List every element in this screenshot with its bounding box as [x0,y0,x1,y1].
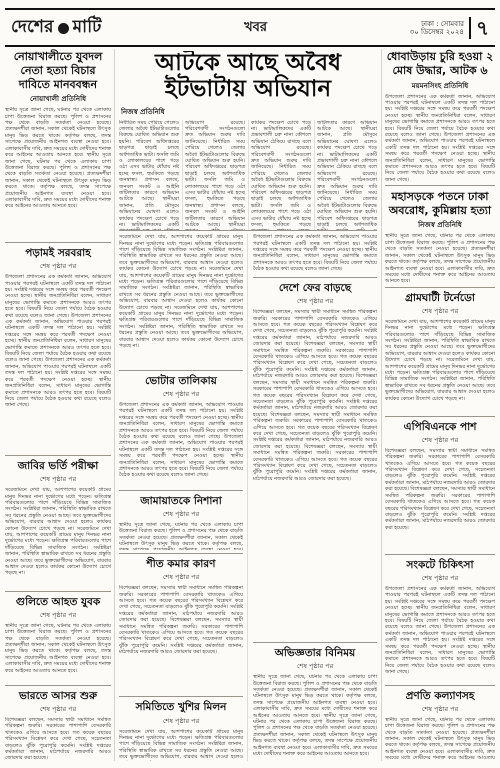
right-column: ধোবাউড়ায় চুরি হওয়া ২ মোষ উদ্ধার, আটক … [381,49,495,761]
continued-label: শেষ পৃষ্ঠার পর [385,704,495,715]
headline: জামায়াতকে নিশানা [119,495,243,508]
continued-label: শেষ পৃষ্ঠার পর [5,474,111,485]
headline: শীত কমার কারণ [119,558,243,571]
headline: জাবির ভর্তি পরীক্ষা [5,460,111,473]
article-injured-youth: গুলিতে আহত যুবক শেষ পৃষ্ঠার পর স্থানীয় … [5,591,111,682]
page-number-divider [469,17,471,39]
body-text: স্থানীয় সূত্রে জানা গেছে, ঘটনার পর থেকে… [385,717,495,761]
article-experience-exchange-continued: অভিজ্ঞতার বিনিময় শেষ পৃষ্ঠার পর স্থানীয… [253,642,377,761]
continued-label: শেষ পৃষ্ঠার পর [385,306,495,317]
headline: ধোবাউড়ায় চুরি হওয়া ২ মোষ উদ্ধার, আটক … [385,50,495,78]
headline: গ্রামঘাটী টর্নেডো [385,292,495,305]
lead-headline: আটকে আছে অবৈধ ইটভাটায় অভিযান [119,51,377,103]
article-dhobaura-buffalo: ধোবাউড়ায় চুরি হওয়া ২ মোষ উদ্ধার, আটক … [385,49,495,182]
continued-label: শেষ পৃষ্ঠার পর [119,716,243,727]
dateline-date: ৩০ ডিসেম্বর ২০২৪ [410,28,464,36]
body-text: উপজেলা প্রশাসনের এক কর্মকর্তা জানান, অভি… [5,274,111,409]
body-text: উপজেলা প্রশাসনের এক কর্মকর্তা জানান, অভি… [119,402,243,479]
left-column: নোয়াখালীতে যুবদল নেতা হত্যা বিচার দাবিত… [5,49,115,761]
article-jamaat-target-continued: জামায়াতকে নিশানা শেষ পৃষ্ঠার পর স্থানীয… [119,490,243,550]
article-voter-list-continued: ভোটার তালিকায় শেষ পৃষ্ঠার পর উপজেলা প্র… [119,370,243,487]
article-noakhali-human-chain: নোয়াখালীতে যুবদল নেতা হত্যা বিচার দাবিত… [5,49,111,239]
article-india-event: ভারতে আসর শুরু শেষ পৃষ্ঠার পর বিশেষজ্ঞরা… [5,685,111,761]
body-text: উপজেলা প্রশাসনের এক কর্মকর্তা জানান, অভি… [385,94,495,182]
article-continuation-body: উপজেলা প্রশাসনের এক কর্মকর্তা জানান, অভি… [253,234,377,274]
headline: সংকটে চিকিৎসা [385,559,495,572]
continued-label: শেষ পৃষ্ঠার পর [385,435,495,446]
body-text: উপজেলা প্রশাসনের এক কর্মকর্তা জানান, অভি… [253,234,377,272]
dateline: ঢাকা : সোমবার ৩০ ডিসেম্বর ২০২৪ [410,20,464,36]
continued-label: শেষ পৃষ্ঠার পর [253,661,377,672]
headline: ভোটার তালিকায় [119,375,243,388]
date-block: ঢাকা : সোমবার ৩০ ডিসেম্বর ২০২৪ ৭ [410,17,489,39]
article-apbn-continued: এপিবিএনকে পাশ শেষ পৃষ্ঠার পর বিশেষজ্ঞরা … [385,416,495,551]
headline: সমিতিতে খুশির মিলন [119,701,243,714]
article-supply-continued: পড়ামই সরবরাহ শেষ পৃষ্ঠার পর উপজেলা প্রশ… [5,242,111,452]
article-tornado-continued: গ্রামঘাটী টর্নেডো শেষ পৃষ্ঠার পর সরেজমিন… [385,287,495,413]
body-text: স্থানীয় সূত্রে জানা গেছে, ঘটনার পর থেকে… [5,623,111,674]
article-jabir-exam-continued: জাবির ভর্তি পরীক্ষা শেষ পৃষ্ঠার পর সরেজম… [5,455,111,588]
byline: নিজস্ব প্রতিনিধি [121,106,377,118]
headline: দেশে ফের বাড়ছে [253,282,377,295]
headline: মহাসড়কে পতনে ঢাকা অবরোধ, কুমিল্লায় হত্… [385,190,495,218]
page-header: দেশের মাটি খবর ঢাকা : সোমবার ৩০ ডিসেম্বর… [5,10,495,47]
page-number: ৭ [476,18,489,38]
body-text: বিশেষজ্ঞরা বলছেন, সমস্যার স্থায়ী সমাধান… [5,717,111,761]
byline: নোয়াখালী প্রতিনিধি [5,93,111,105]
center-column-c: উপজেলা প্রশাসনের এক কর্মকর্তা জানান, অভি… [253,234,377,761]
body-text: বিশেষজ্ঞরা বলছেন, সমস্যার স্থায়ী সমাধান… [119,585,243,655]
body-text: সরেজমিনে দেখা যায়, আশপাশের কয়েকটি গ্রা… [5,487,111,577]
body-text: সরেজমিনে দেখা যায়, আশপাশের কয়েকটি গ্রা… [385,319,495,402]
continued-label: শেষ পৃষ্ঠার পর [253,296,377,307]
continued-label: শেষ পৃষ্ঠার পর [119,572,243,583]
headline: প্রণতি কল্যাণসহ [385,690,495,703]
masthead-word-2: মাটি [73,14,102,42]
continued-label: শেষ পৃষ্ঠার পর [119,509,243,520]
article-rising-again-continued: দেশে ফের বাড়ছে শেষ পৃষ্ঠার পর বিশেষজ্ঞর… [253,277,377,639]
byline: নিজস্ব প্রতিনিধি [385,219,495,231]
body-text: স্থানীয় সূত্রে জানা গেছে, ঘটনার পর থেকে… [253,674,377,757]
center-area: আটকে আছে অবৈধ ইটভাটায় অভিযান নিজস্ব প্র… [119,49,377,761]
headline: নোয়াখালীতে যুবদল নেতা হত্যা বিচার দাবিত… [5,50,111,91]
headline: পড়ামই সরবরাহ [5,247,111,260]
body-text: নির্ধারিত সময় পেরিয়ে গেলেও জেলার অবৈধ … [119,120,377,232]
body-text: বিশেষজ্ঞরা বলছেন, সমস্যার স্থায়ী সমাধান… [253,309,377,482]
headline: অভিজ্ঞতার বিনিময় [253,647,377,660]
body-text: উপজেলা প্রশাসনের এক কর্মকর্তা জানান, অভি… [385,586,495,676]
dateline-city-day: ঢাকা : সোমবার [410,20,464,28]
body-text: সরেজমিনে দেখা যায়, আশপাশের কয়েকটি গ্রা… [119,234,243,349]
masthead-word-1: দেশের [11,14,54,42]
continued-label: শেষ পৃষ্ঠার পর [119,389,243,400]
continued-label: শেষ পৃষ্ঠার পর [385,573,495,584]
headline: ভারতে আসর শুরু [5,690,111,703]
headline: এপিবিএনকে পাশ [385,421,495,434]
article-pronoti-kalyan: প্রণতি কল্যাণসহ শেষ পৃষ্ঠার পর স্থানীয় … [385,685,495,761]
newspaper-page: দেশের মাটি খবর ঢাকা : সোমবার ৩০ ডিসেম্বর… [0,0,500,768]
continued-label: শেষ পৃষ্ঠার পর [5,704,111,715]
page-content: নোয়াখালীতে যুবদল নেতা হত্যা বিচার দাবিত… [3,47,497,761]
body-text: স্থানীয় সূত্রে জানা গেছে, ঘটনার পর থেকে… [119,522,243,550]
body-text: স্থানীয় সূত্রে জানা গেছে, ঘটনার পর থেকে… [5,107,111,210]
article-treatment-crisis-continued: সংকটে চিকিৎসা শেষ পৃষ্ঠার পর উপজেলা প্রশ… [385,554,495,682]
article-continuation-body: সরেজমিনে দেখা যায়, আশপাশের কয়েকটি গ্রা… [119,234,243,367]
byline: ময়মনসিংহ প্রতিনিধি [385,80,495,92]
masthead-logo-icon [58,23,69,34]
article-lead-brick-kiln: আটকে আছে অবৈধ ইটভাটায় অভিযান নিজস্ব প্র… [119,49,377,231]
headline: গুলিতে আহত যুবক [5,596,111,609]
article-highway-blockade: মহাসড়কে পতনে ঢাকা অবরোধ, কুমিল্লায় হত্… [385,185,495,284]
article-somiti-joy: সমিতিতে খুশির মিলন শেষ পৃষ্ঠার পর সরেজমি… [119,696,243,761]
continued-label: শেষ পৃষ্ঠার পর [5,610,111,621]
body-text: স্থানীয় সূত্রে জানা গেছে, ঘটনার পর থেকে… [385,233,495,283]
section-title: খবর [244,18,267,39]
body-text: বিশেষজ্ঞরা বলছেন, সমস্যার স্থায়ী সমাধান… [385,448,495,531]
center-column-b: সরেজমিনে দেখা যায়, আশপাশের কয়েকটি গ্রা… [119,234,248,761]
article-winter-reason-continued: শীত কমার কারণ শেষ পৃষ্ঠার পর বিশেষজ্ঞরা … [119,553,243,693]
center-lower-columns: সরেজমিনে দেখা যায়, আশপাশের কয়েকটি গ্রা… [119,234,377,761]
masthead: দেশের মাটি [11,14,102,42]
continued-label: শেষ পৃষ্ঠার পর [5,261,111,272]
body-text: সরেজমিনে দেখা যায়, আশপাশের কয়েকটি গ্রা… [119,729,243,761]
